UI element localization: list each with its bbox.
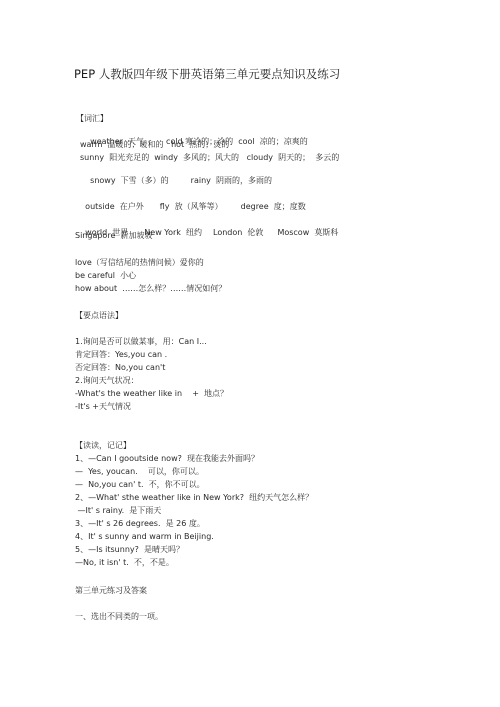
exercise-heading: 第三单元练习及答案 [75, 586, 147, 596]
vocab-line-4-part-b: rainy 阴雨的，多雨的 [191, 176, 272, 185]
grammar-line-6: -It's +天气情况 [75, 402, 131, 412]
vocab-line-4-part-a: snowy 下雪（多）的 [90, 176, 169, 185]
reading-line-8: 5、—Is itsunny? 是晴天吗？ [75, 545, 184, 555]
reading-line-2: — Yes, youcan. 可以，你可以。 [75, 467, 204, 477]
word-london: London 伦敦 [213, 228, 263, 237]
reading-line-9: —No, it isn' t. 不，不是。 [75, 558, 174, 568]
vocab-line-3: sunny 阳光充足的 windy 多风的；风大的 cloudy 阴天的； 多云… [80, 153, 339, 163]
grammar-line-1: 1.询问是否可以做某事，用：Can I... [75, 337, 207, 347]
vocab-line-2: warm 温暖的；暖和的 hot 热的；烫的 [80, 140, 229, 150]
reading-heading: 【读读，记记】 [75, 441, 131, 451]
grammar-line-4: 2.询问天气状况： [75, 376, 139, 386]
word-fly: fly 放（风筝等） [160, 202, 223, 211]
word-outside: outside 在户外 [85, 202, 144, 211]
vocab-heading: 【词汇】 [76, 114, 108, 124]
word-new-york: New York 纽约 [144, 228, 202, 237]
word-degree: degree 度；度数 [241, 202, 306, 211]
grammar-heading: 【要点语法】 [75, 311, 123, 321]
document-title: PEP 人教版四年级下册英语第三单元要点知识及练习 [74, 67, 340, 81]
grammar-line-2: 肯定回答：Yes,you can . [75, 350, 167, 360]
exercise-section-1: 一、选出不同类的一项。 [75, 612, 163, 622]
phrase-how-about: how about ……怎么样？……情况如何？ [75, 284, 226, 294]
grammar-line-5: -What's the weather like in + 地点？ [75, 389, 228, 399]
reading-line-1: 1、—Can I gooutside now? 现在我能去外面吗？ [75, 454, 259, 464]
document-page: PEP 人教版四年级下册英语第三单元要点知识及练习 【词汇】 weather 天… [0, 0, 500, 707]
reading-line-4: 2、—What' sthe weather like in New York? … [75, 493, 313, 503]
reading-line-3: — No,you can' t. 不，你不可以。 [75, 480, 205, 490]
word-moscow: Moscow 莫斯科 [277, 228, 338, 237]
phrase-love: love（写信结尾的热情问候）爱你的 [75, 258, 204, 268]
reading-line-5: —It' s rainy. 是下雨天 [75, 506, 161, 516]
reading-line-7: 4、It' s sunny and warm in Beijing. [75, 532, 214, 542]
phrase-be-careful: be careful 小心 [75, 271, 136, 281]
grammar-line-3: 否定回答：No,you can't [75, 363, 165, 373]
vocab-extra-line-3: Singapore 新加坡坡 [75, 231, 152, 241]
reading-line-6: 3、—It' s 26 degrees. 是 26 度。 [75, 519, 205, 529]
